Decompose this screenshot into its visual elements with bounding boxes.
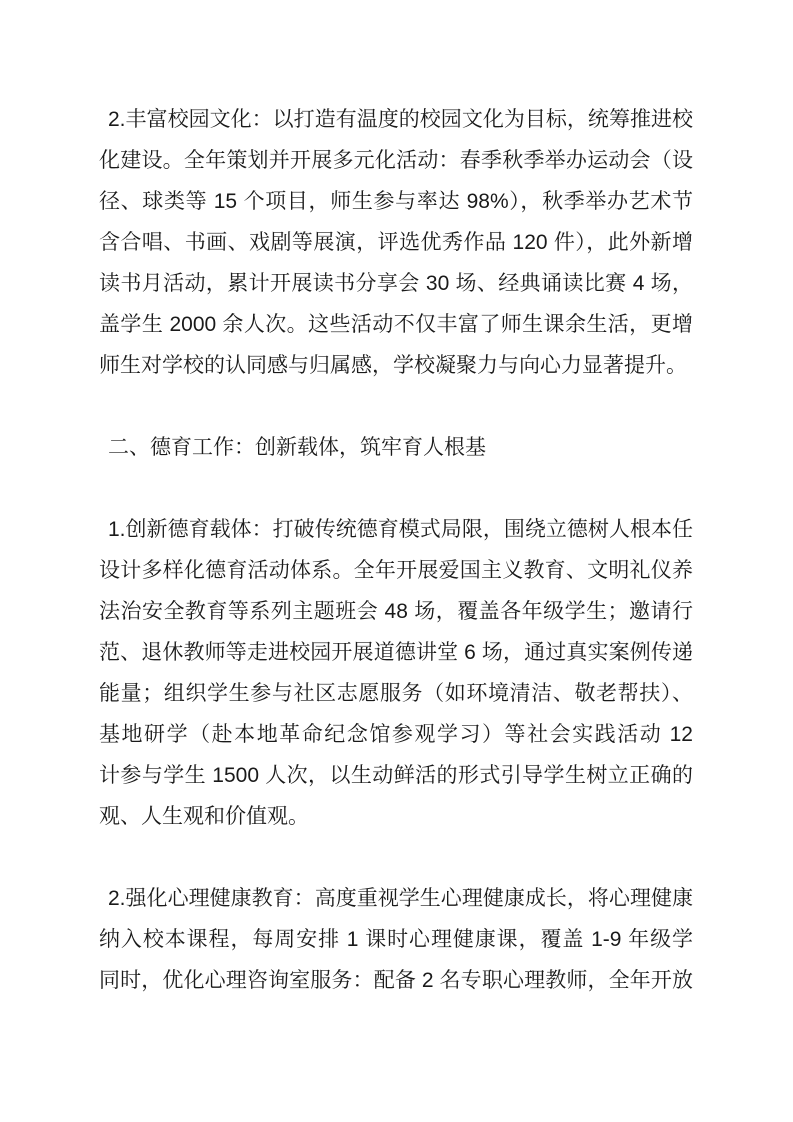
text-line: 计参与学生 1500 人次，以生动鲜活的形式引导学生树立正确的世界	[99, 755, 693, 796]
text-line: 2.丰富校园文化：以打造有温度的校园文化为目标，统筹推进校园文	[99, 99, 693, 140]
paragraph-mental-health: 2.强化心理健康教育：高度重视学生心理健康成长，将心理健康教育 纳入校本课程，每…	[99, 878, 693, 1001]
text-line: 1.创新德育载体：打破传统德育模式局限，围绕立德树人根本任务，	[99, 509, 693, 550]
text-line: 观、人生观和价值观。	[99, 796, 693, 837]
text-line: 师生对学校的认同感与归属感，学校凝聚力与向心力显著提升。	[99, 345, 693, 386]
text-line: 同时，优化心理咨询室服务：配备 2 名专职心理教师，全年开放 280	[99, 960, 693, 1001]
paragraph-campus-culture: 2.丰富校园文化：以打造有温度的校园文化为目标，统筹推进校园文 化建设。全年策划…	[99, 99, 693, 386]
text-line: 范、退休教师等走进校园开展道德讲堂 6 场，通过真实案例传递正	[99, 632, 693, 673]
text-line: 化建设。全年策划并开展多元化活动：春季秋季举办运动会（设置田	[99, 140, 693, 181]
text-line: 2.强化心理健康教育：高度重视学生心理健康成长，将心理健康教育	[99, 878, 693, 919]
text-line: 纳入校本课程，每周安排 1 课时心理健康课，覆盖 1-9 年级学生。	[99, 919, 693, 960]
text-line: 基地研学（赴本地革命纪念馆参观学习）等社会实践活动 12 次，累	[99, 714, 693, 755]
text-line: 盖学生 2000 余人次。这些活动不仅丰富了师生课余生活，更增强了	[99, 304, 693, 345]
text-line: 含合唱、书画、戏剧等展演，评选优秀作品 120 件），此外新增校园	[99, 222, 693, 263]
text-line: 能量；组织学生参与社区志愿服务（如环境清洁、敬老帮扶）、红色	[99, 673, 693, 714]
section-heading-text: 二、德育工作：创新载体，筑牢育人根基	[99, 427, 693, 468]
section-heading-moral-education: 二、德育工作：创新载体，筑牢育人根基	[99, 427, 693, 468]
text-line: 法治安全教育等系列主题班会 48 场，覆盖各年级学生；邀请行业模	[99, 591, 693, 632]
document-page: 2.丰富校园文化：以打造有温度的校园文化为目标，统筹推进校园文 化建设。全年策划…	[0, 0, 793, 1122]
text-line: 径、球类等 15 个项目，师生参与率达 98%），秋季举办艺术节（包	[99, 181, 693, 222]
text-line: 设计多样化德育活动体系。全年开展爱国主义教育、文明礼仪养成、	[99, 550, 693, 591]
text-line: 读书月活动，累计开展读书分享会 30 场、经典诵读比赛 4 场，覆	[99, 263, 693, 304]
paragraph-moral-education-carriers: 1.创新德育载体：打破传统德育模式局限，围绕立德树人根本任务， 设计多样化德育活…	[99, 509, 693, 837]
